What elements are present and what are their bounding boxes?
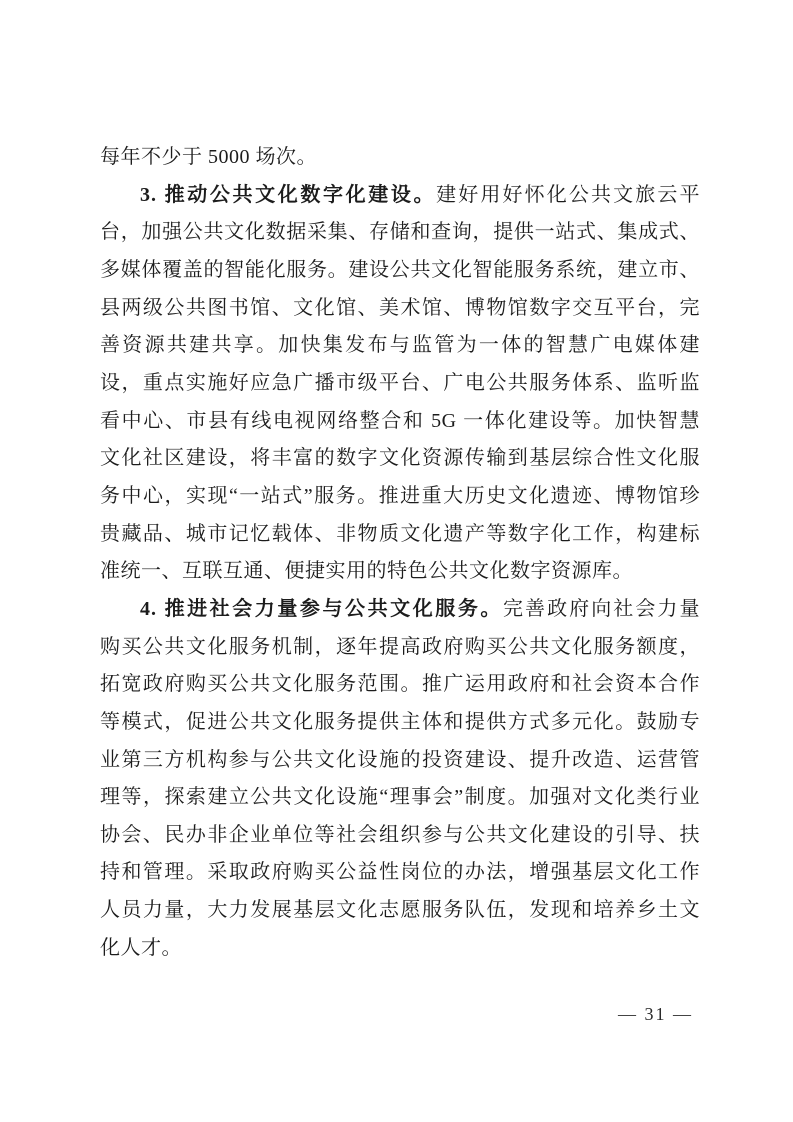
paragraph-heading-line: 4. 推进社会力量参与公共文化服务。完善政府向社会力量 bbox=[100, 591, 700, 629]
paragraph-heading-line: 3. 推动公共文化数字化建设。建好用好怀化公共文旅云平 bbox=[100, 177, 700, 215]
text-line: 持和管理。采取政府购买公益性岗位的办法，增强基层文化工作 bbox=[100, 854, 700, 892]
text-line: 善资源共建共享。加快集发布与监管为一体的智慧广电媒体建 bbox=[100, 327, 700, 365]
paragraph-number-heading: 4. 推进社会力量参与公共文化服务。 bbox=[140, 598, 503, 620]
text-line: 多媒体覆盖的智能化服务。建设公共文化智能服务系统，建立市、 bbox=[100, 252, 700, 290]
text-line: 等模式，促进公共文化服务提供主体和提供方式多元化。鼓励专 bbox=[100, 704, 700, 742]
page-number: — 31 — bbox=[618, 1002, 693, 1026]
text-line: 设，重点实施好应急广播市级平台、广电公共服务体系、监听监 bbox=[100, 365, 700, 403]
text-block: 每年不少于 5000 场次。3. 推动公共文化数字化建设。建好用好怀化公共文旅云… bbox=[100, 139, 700, 967]
text-line: 县两级公共图书馆、文化馆、美术馆、博物馆数字交互平台，完 bbox=[100, 290, 700, 328]
text-line: 文化社区建设，将丰富的数字文化资源传输到基层综合性文化服 bbox=[100, 440, 700, 478]
text-line: 人员力量，大力发展基层文化志愿服务队伍，发现和培养乡土文 bbox=[100, 892, 700, 930]
text-line: 理等，探索建立公共文化设施“理事会”制度。加强对文化类行业 bbox=[100, 779, 700, 817]
text-line: 准统一、互联互通、便捷实用的特色公共文化数字资源库。 bbox=[100, 553, 700, 591]
text-line: 购买公共文化服务机制，逐年提高政府购买公共文化服务额度， bbox=[100, 629, 700, 667]
text-line: 每年不少于 5000 场次。 bbox=[100, 139, 700, 177]
text-line: 拓宽政府购买公共文化服务范围。推广运用政府和社会资本合作 bbox=[100, 666, 700, 704]
text-line: 贵藏品、城市记忆载体、非物质文化遗产等数字化工作，构建标 bbox=[100, 516, 700, 554]
text-line: 台，加强公共文化数据采集、存储和查询，提供一站式、集成式、 bbox=[100, 214, 700, 252]
paragraph-number-heading: 3. 推动公共文化数字化建设。 bbox=[140, 184, 436, 206]
document-page: 每年不少于 5000 场次。3. 推动公共文化数字化建设。建好用好怀化公共文旅云… bbox=[0, 0, 793, 1122]
text-line: 业第三方机构参与公共文化设施的投资建设、提升改造、运营管 bbox=[100, 742, 700, 780]
text-line: 看中心、市县有线电视网络整合和 5G 一体化建设等。加快智慧 bbox=[100, 403, 700, 441]
text-line: 化人才。 bbox=[100, 930, 700, 968]
text-line: 务中心，实现“一站式”服务。推进重大历史文化遗迹、博物馆珍 bbox=[100, 478, 700, 516]
text-line: 协会、民办非企业单位等社会组织参与公共文化建设的引导、扶 bbox=[100, 817, 700, 855]
